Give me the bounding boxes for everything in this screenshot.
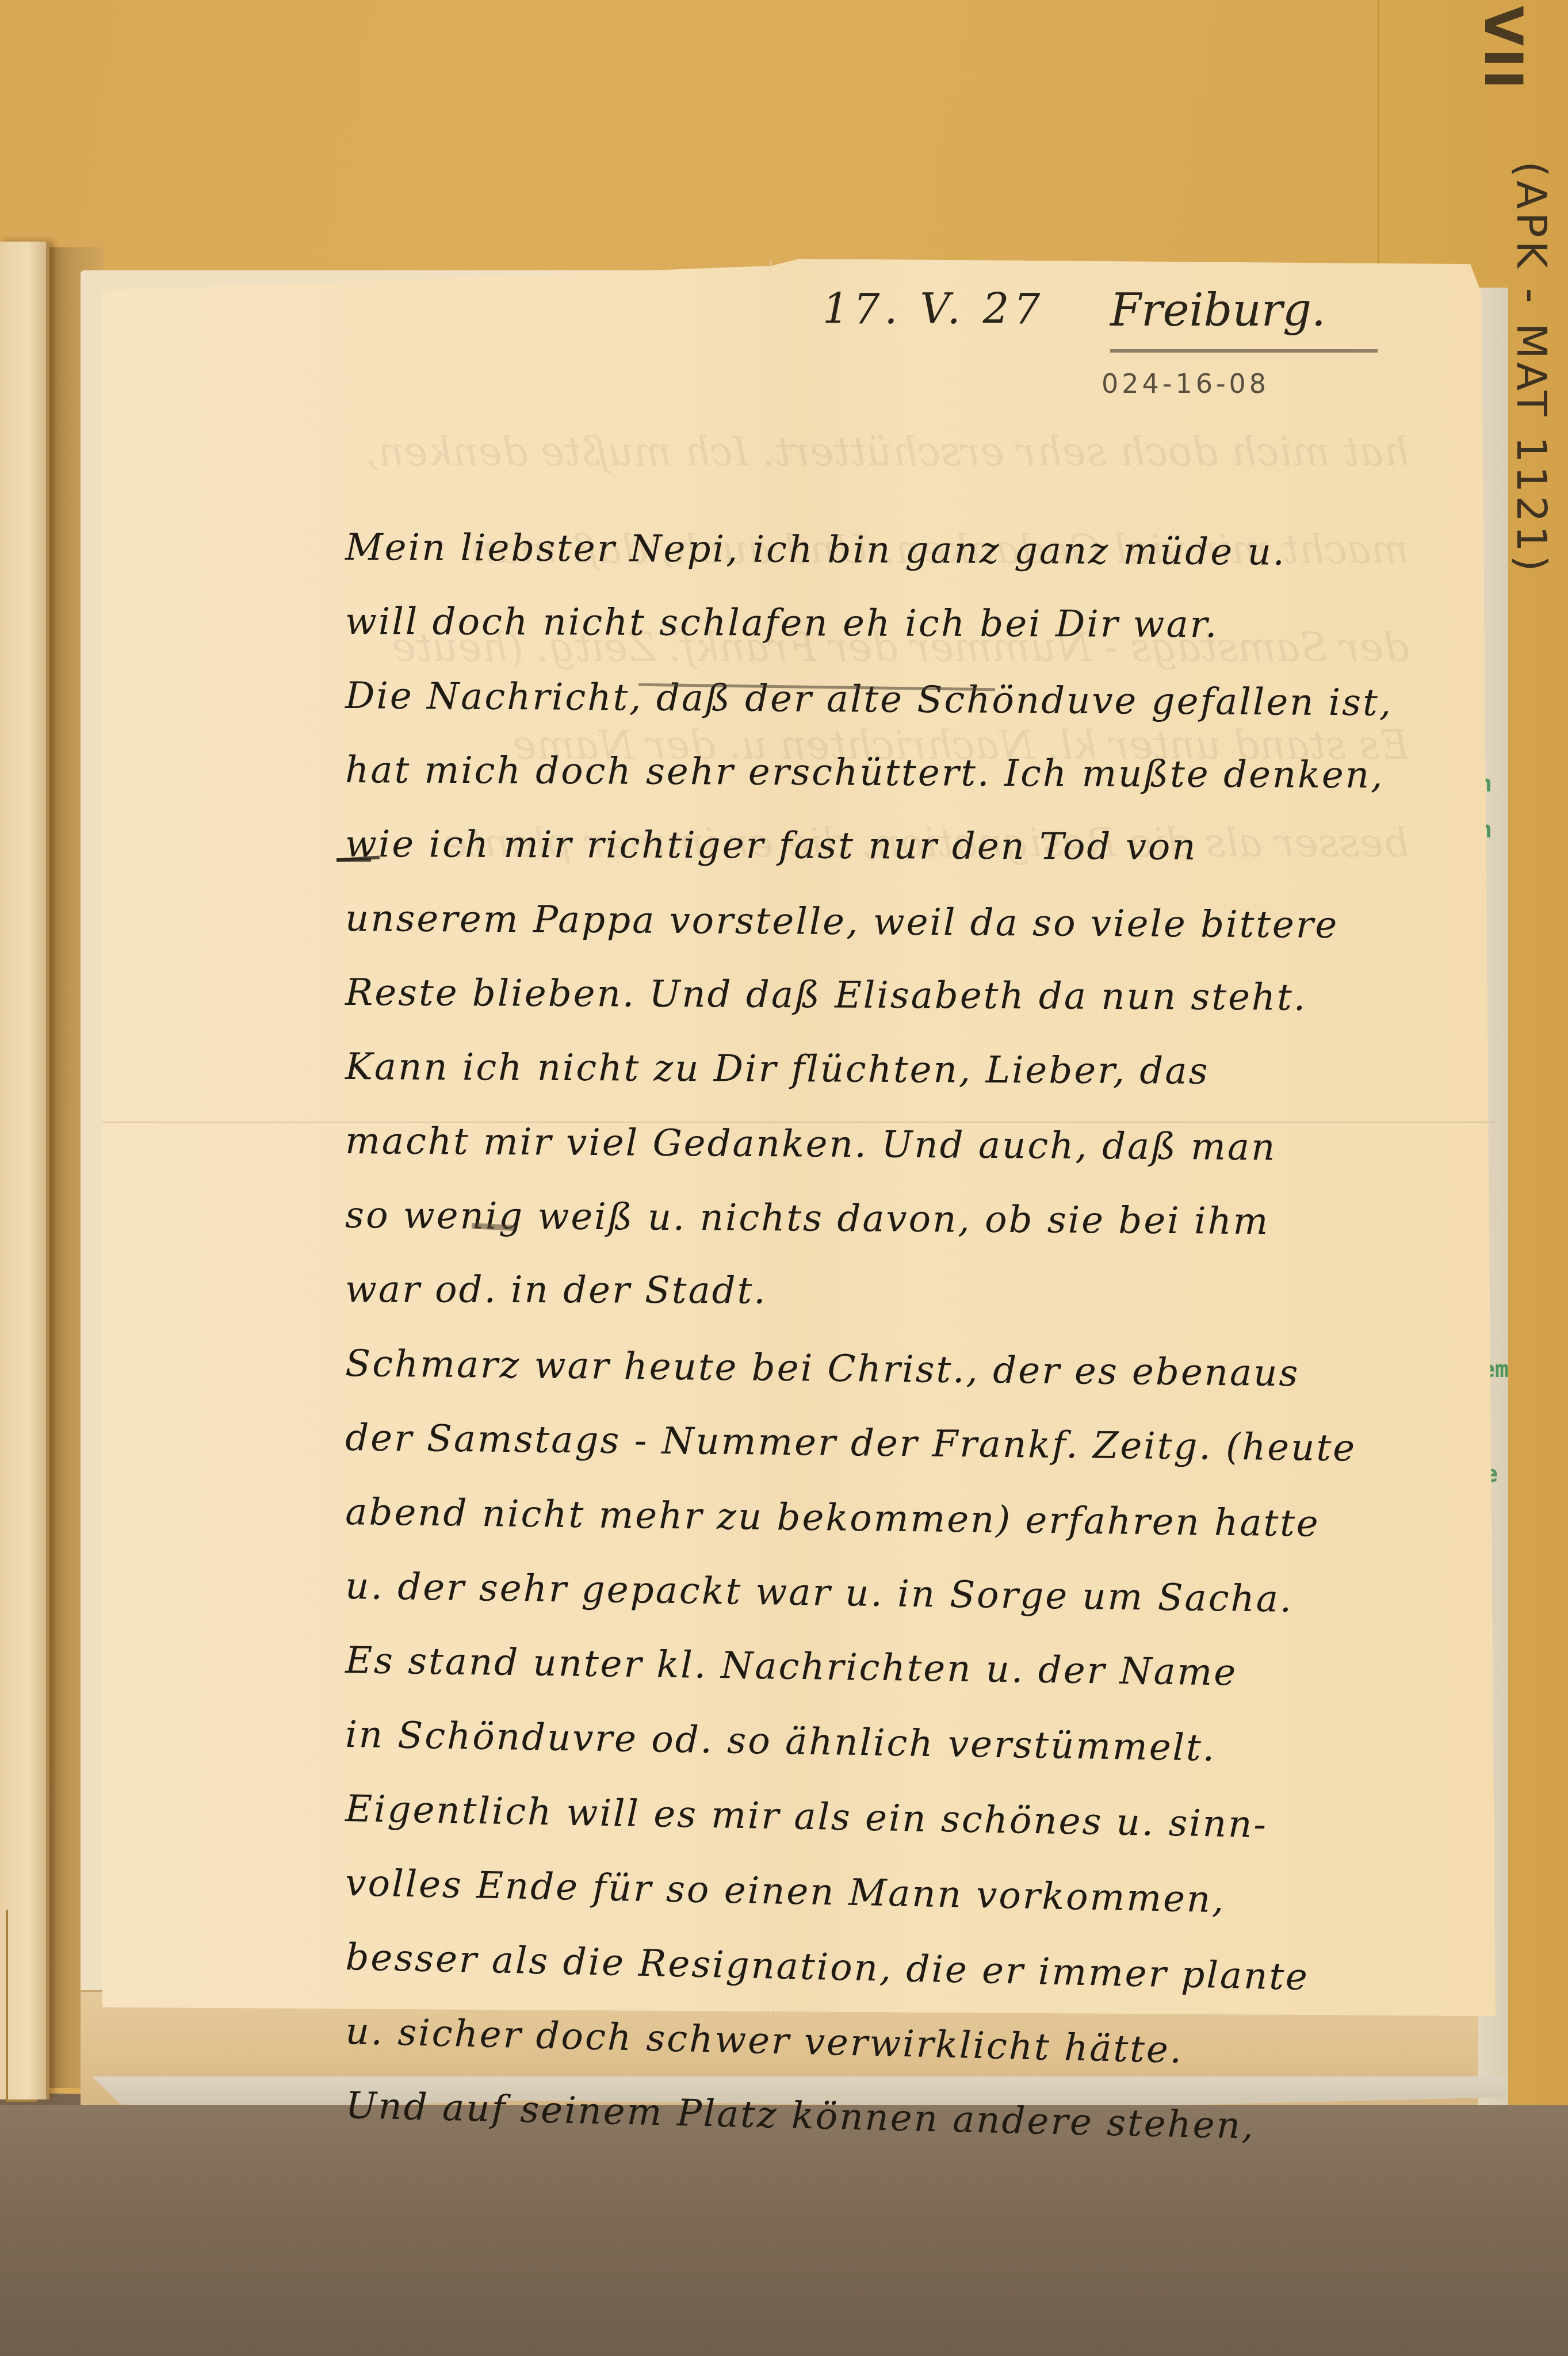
letter-line: hat mich doch sehr erschüttert. Ich mußt…	[345, 749, 1473, 829]
folder-reference: (APK - MAT 1121)	[1508, 161, 1556, 575]
letter-line: Mein liebster Nepi, ich bin ganz ganz mü…	[345, 526, 1473, 606]
letter-place: Freiburg.	[1110, 285, 1378, 353]
letter-body: Mein liebster Nepi, ich bin ganz ganz mü…	[345, 526, 1473, 2159]
letter-line: wie ich mir richtiger fast nur den Tod v…	[345, 823, 1473, 901]
letter-line: so wenig weiß u. nichts davon, ob sie be…	[345, 1194, 1473, 1276]
letter-line: war od. in der Stadt.	[345, 1268, 1473, 1347]
letter-line: abend nicht mehr zu bekommen) erfahren h…	[345, 1491, 1473, 1579]
archive-number: 024-16-08	[1102, 368, 1269, 399]
letter-date: 17. V. 27	[823, 285, 1045, 333]
letter-line: Kann ich nicht zu Dir flüchten, Lieber, …	[345, 1046, 1473, 1126]
folder-volume-number: VII	[1473, 6, 1533, 91]
letter-line: Reste blieben. Und daß Elisabeth da nun …	[345, 972, 1473, 1051]
letter-line: macht mir viel Gedanken. Und auch, daß m…	[345, 1120, 1473, 1202]
letter-line: der Samstags - Nummer der Frankf. Zeitg.…	[345, 1417, 1473, 1503]
letter-line: unserem Pappa vorstelle, weil da so viel…	[345, 897, 1473, 980]
left-paper-stack	[0, 242, 49, 2099]
letter-line: Schmarz war heute bei Christ., der es eb…	[345, 1343, 1473, 1429]
letter-line: will doch nicht schlafen eh ich bei Dir …	[345, 601, 1473, 679]
